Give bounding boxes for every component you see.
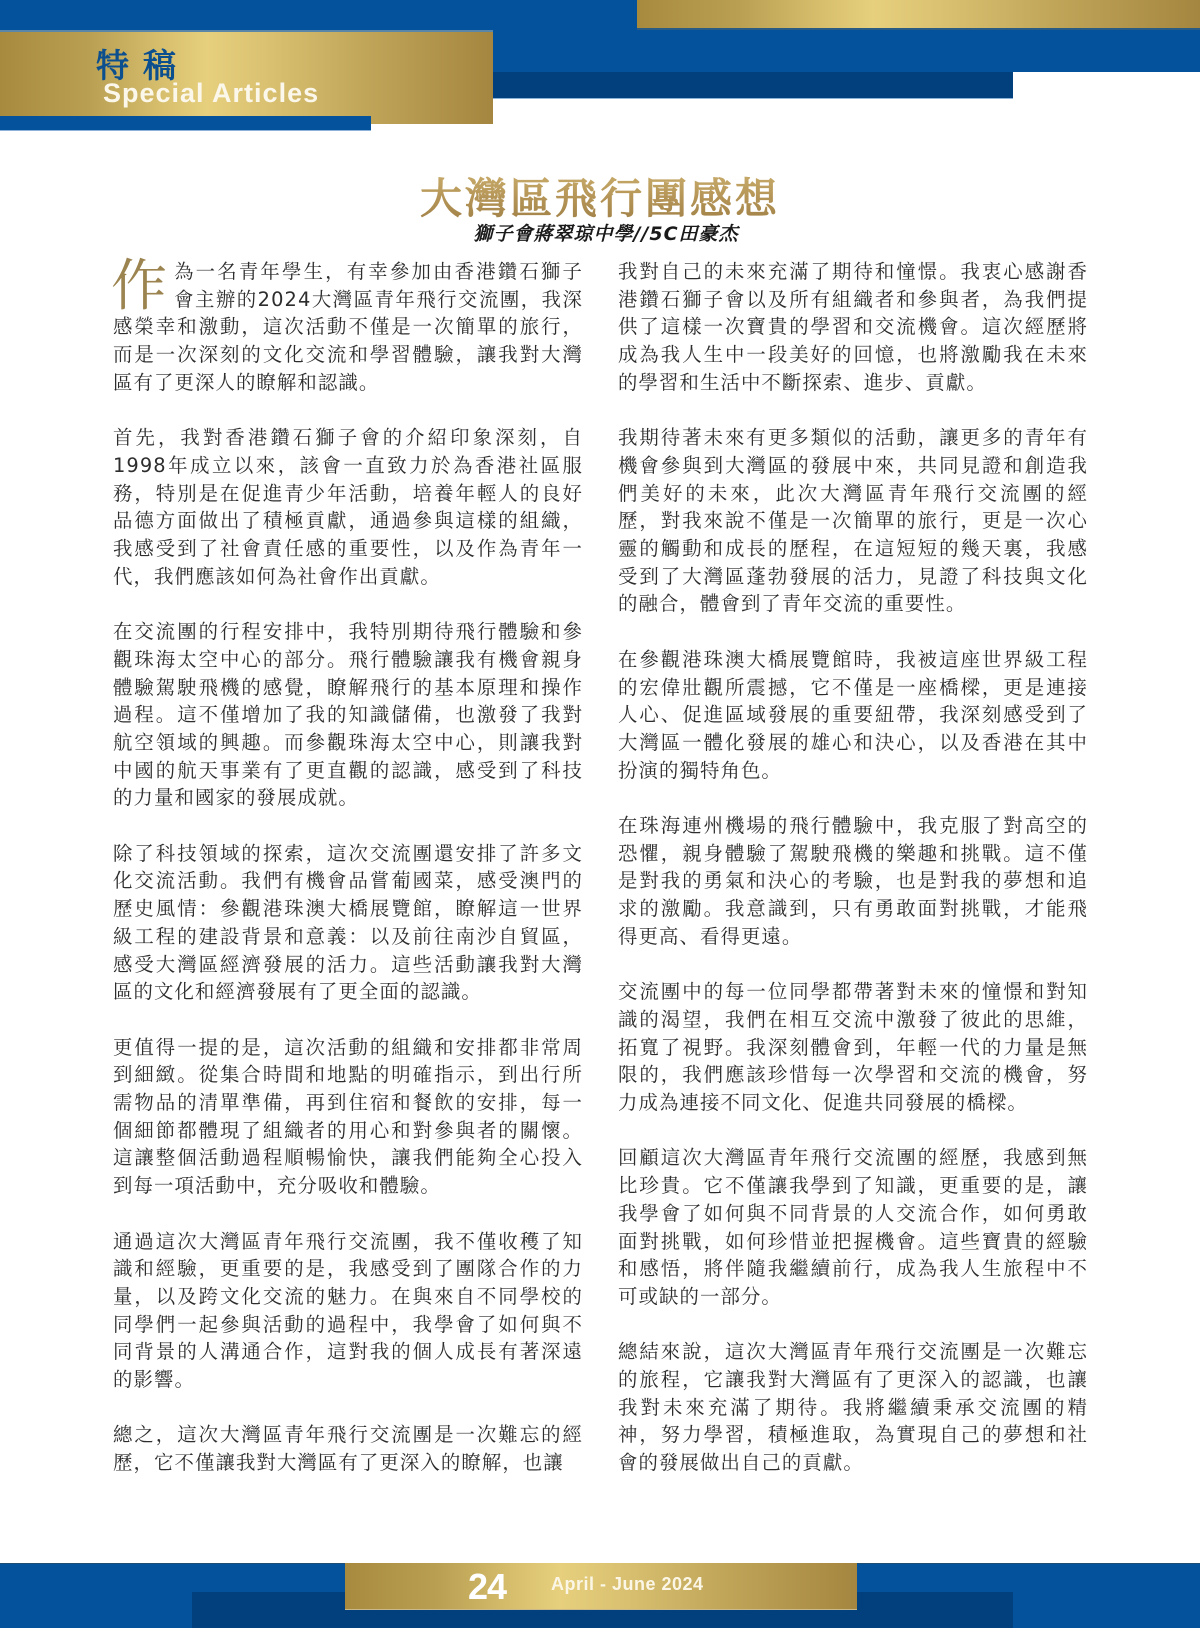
paragraph: 在交流團的行程安排中，我特別期待飛行體驗和參觀珠海太空中心的部分。飛行體驗讓我有… [113, 618, 583, 812]
paragraph: 總之，這次大灣區青年飛行交流團是一次難忘的經歷，它不僅讓我對大灣區有了更深入的瞭… [113, 1421, 583, 1476]
drop-cap: 作 [111, 262, 168, 312]
article-column-right: 我對自己的未來充滿了期待和憧憬。我衷心感謝香港鑽石獅子會以及所有組織者和參與者，… [618, 258, 1088, 1505]
paragraph: 回顧這次大灣區青年飛行交流團的經歷，我感到無比珍貴。它不僅讓我學到了知識，更重要… [618, 1144, 1088, 1310]
article-column-left: 作為一名青年學生，有幸參加由香港鑽石獅子會主辦的2024大灣區青年飛行交流團，我… [113, 258, 583, 1505]
section-title-en: Special Articles [103, 78, 319, 109]
paragraph: 我對自己的未來充滿了期待和憧憬。我衷心感謝香港鑽石獅子會以及所有組織者和參與者，… [618, 258, 1088, 397]
issue-date: April - June 2024 [551, 1574, 704, 1595]
paragraph: 首先，我對香港鑽石獅子會的介紹印象深刻，自1998年成立以來，該會一直致力於為香… [113, 424, 583, 590]
header-gold-bar-right [637, 0, 1200, 30]
header-blue-underline [0, 116, 371, 131]
page-number: 24 [468, 1566, 506, 1608]
section-banner [0, 30, 493, 124]
paragraph: 通過這次大灣區青年飛行交流團，我不僅收穫了知識和經驗，更重要的是，我感受到了團隊… [113, 1228, 583, 1394]
paragraph: 我期待著未來有更多類似的活動，讓更多的青年有機會參與到大灣區的發展中來，共同見證… [618, 424, 1088, 618]
paragraph: 除了科技領域的探索，這次交流團還安排了許多文化交流活動。我們有機會品嘗葡國菜，感… [113, 840, 583, 1006]
paragraph: 總結來說，這次大灣區青年飛行交流團是一次難忘的旅程，它讓我對大灣區有了更深入的認… [618, 1338, 1088, 1477]
paragraph: 更值得一提的是，這次活動的組織和安排都非常周到細緻。從集合時間和地點的明確指示，… [113, 1034, 583, 1200]
article-byline: 獅子會蔣翠琼中學//5C田豪杰 [0, 219, 1200, 246]
paragraph: 在珠海連州機場的飛行體驗中，我克服了對高空的恐懼，親身體驗了駕駛飛機的樂趣和挑戰… [618, 812, 1088, 951]
article-title: 大灣區飛行團感想 [0, 166, 1200, 226]
paragraph: 在參觀港珠澳大橋展覽館時，我被這座世界級工程的宏偉壯觀所震撼，它不僅是一座橋樑，… [618, 646, 1088, 785]
paragraph: 作為一名青年學生，有幸參加由香港鑽石獅子會主辦的2024大灣區青年飛行交流團，我… [113, 258, 583, 397]
paragraph: 交流團中的每一位同學都帶著對未來的憧憬和對知識的渴望，我們在相互交流中激發了彼此… [618, 978, 1088, 1117]
header-dark-blue-strip [493, 72, 1013, 99]
